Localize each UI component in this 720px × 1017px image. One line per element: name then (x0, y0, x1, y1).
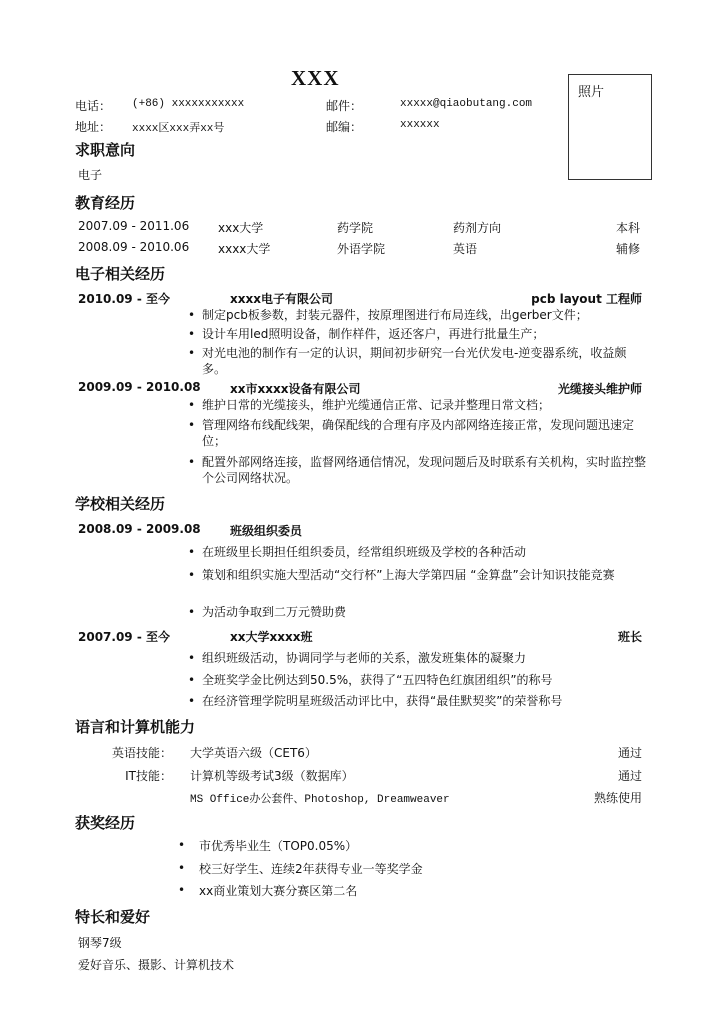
phone-value: (+86) xxxxxxxxxxx (132, 98, 244, 110)
school-bullet: 组织班级活动，协调同学与老师的关系，激发班集体的凝聚力 (202, 650, 650, 666)
zip-value: xxxxxx (400, 119, 440, 131)
bullet-icon: • (188, 308, 195, 322)
section-title-education: 教育经历 (75, 192, 135, 213)
school-bullet: 在经济管理学院明星班级活动评比中，获得“最佳默契奖”的荣誉称号 (202, 693, 650, 709)
bullet-icon: • (188, 545, 195, 559)
job-company: xxxx电子有限公司 (230, 290, 333, 307)
job-bullet: 配置外部网络连接，监督网络通信情况，发现问题后及时联系有关机构，实时监控整个公司… (202, 454, 650, 486)
job-company: xx市xxxx设备有限公司 (230, 380, 360, 397)
hobby-item: 钢琴7级 (78, 934, 122, 951)
job-role: 光缆接头维护师 (440, 380, 642, 397)
skill-desc: 计算机等级考试3级（数据库） (190, 767, 354, 784)
bullet-icon: • (188, 673, 195, 687)
bullet-icon: • (188, 568, 195, 582)
school-role: 班长 (540, 628, 642, 645)
skill-desc: 大学英语六级（CET6） (190, 744, 317, 761)
school-period: 2007.09 - 至今 (78, 628, 170, 645)
school-bullet: 策划和组织实施大型活动“交行杯”上海大学第四届 “金算盘”会计知识技能竞赛 (202, 567, 650, 583)
school-period: 2008.09 - 2009.08 (78, 522, 201, 536)
skill-desc: MS Office办公套件、Photoshop, Dreamweaver (190, 790, 450, 806)
bullet-icon: • (178, 861, 185, 875)
school-bullet: 在班级里长期担任组织委员，经常组织班级及学校的各种活动 (202, 544, 650, 560)
award-item: 校三好学生、连续2年获得专业一等奖学金 (199, 860, 423, 877)
job-period: 2009.09 - 2010.08 (78, 380, 201, 394)
job-bullet: 制定pcb板参数，封装元器件，按原理图进行布局连线，出gerber文件； (202, 307, 650, 323)
job-bullet: 对光电池的制作有一定的认识，期间初步研究一台光伏发电-逆变器系统，收益颇多。 (202, 345, 650, 377)
school-org: 班级组织委员 (230, 522, 302, 539)
job-period: 2010.09 - 至今 (78, 290, 170, 307)
school-bullet: 全班奖学金比例达到50.5%，获得了“五四特色红旗团组织”的称号 (202, 672, 650, 688)
edu-school: xxx大学 (218, 219, 263, 236)
skill-level: 熟练使用 (540, 789, 642, 806)
edu-major: 英语 (453, 240, 477, 257)
bullet-icon: • (188, 327, 195, 341)
photo-placeholder: 照片 (568, 74, 652, 180)
skill-label: IT技能： (90, 767, 172, 784)
edu-degree: 辅修 (560, 240, 640, 257)
skill-level: 通过 (540, 744, 642, 761)
edu-major: 药剂方向 (453, 219, 501, 236)
section-title-school: 学校相关经历 (75, 493, 165, 514)
bullet-icon: • (188, 455, 195, 469)
section-title-hobbies: 特长和爱好 (75, 906, 150, 927)
school-bullet: 为活动争取到二万元赞助费 (202, 604, 650, 620)
edu-period: 2008.09 - 2010.06 (78, 240, 189, 254)
bullet-icon: • (188, 651, 195, 665)
edu-college: 药学院 (337, 219, 373, 236)
edu-period: 2007.09 - 2011.06 (78, 219, 189, 233)
edu-college: 外语学院 (337, 240, 385, 257)
edu-school: xxxx大学 (218, 240, 270, 257)
bullet-icon: • (178, 838, 185, 852)
section-title-objective: 求职意向 (75, 139, 135, 160)
address-value: xxxx区xxx弄xx号 (132, 119, 224, 135)
email-label: 邮件： (326, 97, 362, 114)
edu-degree: 本科 (560, 219, 640, 236)
objective-value: 电子 (78, 166, 102, 183)
bullet-icon: • (188, 694, 195, 708)
skill-level: 通过 (540, 767, 642, 784)
bullet-icon: • (188, 605, 195, 619)
bullet-icon: • (188, 418, 195, 432)
school-org: xx大学xxxx班 (230, 628, 312, 645)
phone-label: 电话： (75, 97, 111, 114)
zip-label: 邮编： (326, 118, 362, 135)
section-title-work: 电子相关经历 (75, 263, 165, 284)
skill-label: 英语技能： (90, 744, 172, 761)
candidate-name: XXX (291, 66, 340, 91)
bullet-icon: • (188, 346, 195, 360)
hobby-item: 爱好音乐、摄影、计算机技术 (78, 956, 234, 973)
section-title-skills: 语言和计算机能力 (75, 716, 195, 737)
email-value: xxxxx@qiaobutang.com (400, 98, 532, 110)
job-bullet: 管理网络布线配线架，确保配线的合理有序及内部网络连接正常，发现问题迅速定位； (202, 417, 650, 449)
bullet-icon: • (178, 883, 185, 897)
award-item: xx商业策划大赛分赛区第二名 (199, 882, 357, 899)
bullet-icon: • (188, 398, 195, 412)
section-title-awards: 获奖经历 (75, 812, 135, 833)
job-role: pcb layout 工程师 (440, 290, 642, 307)
award-item: 市优秀毕业生（TOP0.05%） (199, 837, 357, 854)
address-label: 地址： (75, 118, 111, 135)
job-bullet: 设计车用led照明设备，制作样件，返还客户，再进行批量生产； (202, 326, 650, 342)
photo-label: 照片 (578, 81, 604, 100)
job-bullet: 维护日常的光缆接头，维护光缆通信正常、记录并整理日常文档； (202, 397, 650, 413)
